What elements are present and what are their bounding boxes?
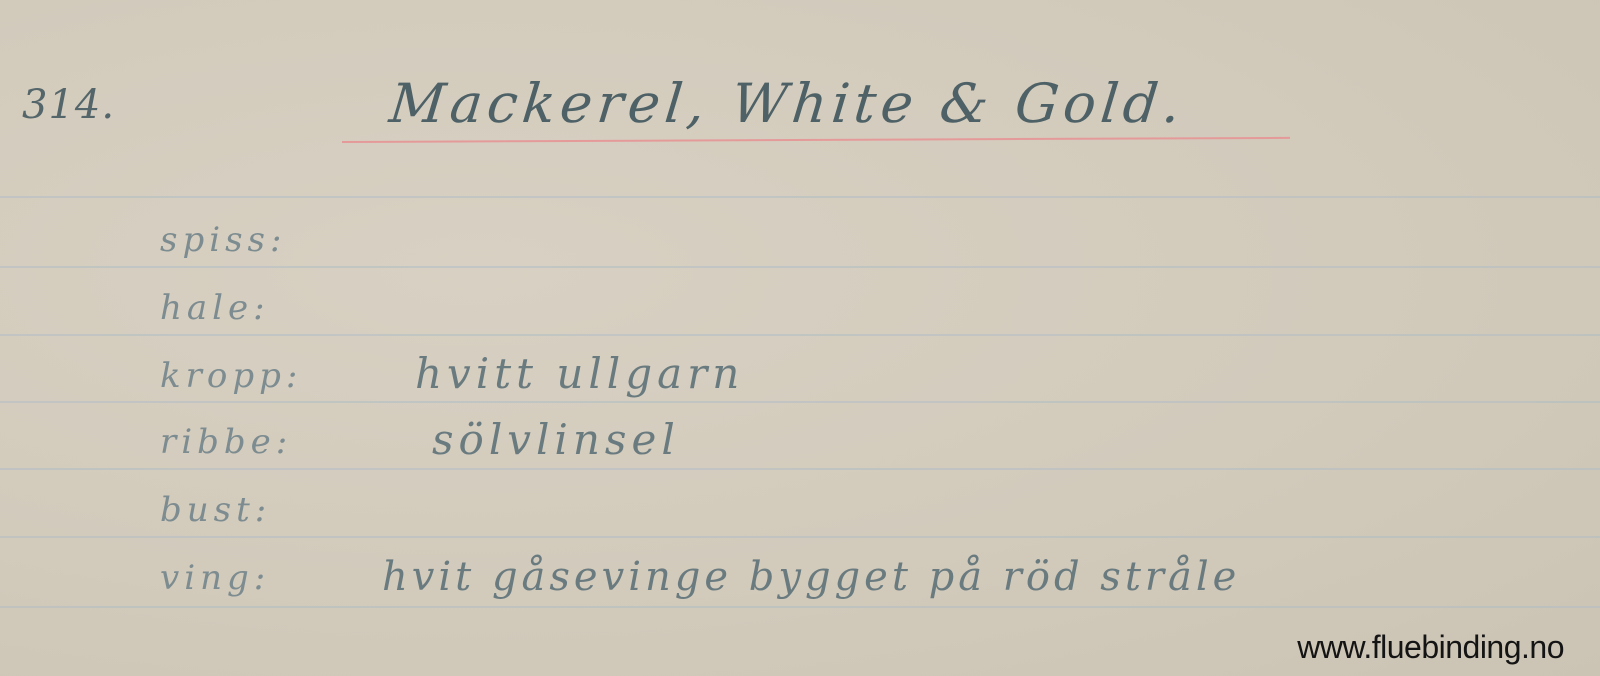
field-label: spiss:	[160, 220, 286, 260]
ruled-line	[0, 606, 1600, 608]
field-label: ribbe:	[160, 422, 292, 462]
entry-number: 314.	[22, 82, 115, 128]
field-value: hvitt ullgarn	[415, 349, 744, 398]
title-underline	[342, 137, 1290, 143]
field-label: ving:	[160, 558, 270, 598]
field-label: hale:	[160, 288, 270, 328]
field-ribbe: ribbe: sölvlinsel	[160, 408, 1600, 468]
field-kropp: kropp: hvitt ullgarn	[160, 342, 1600, 402]
field-label: bust:	[160, 490, 271, 530]
field-hale: hale:	[160, 274, 1600, 334]
field-value: hvit gåsevinge bygget på röd stråle	[382, 554, 1240, 600]
field-bust: bust:	[160, 476, 1600, 536]
ruled-line	[0, 468, 1600, 470]
fly-pattern-title: Mackerel, White & Gold.	[387, 72, 1189, 135]
ruled-line	[0, 536, 1600, 538]
ruled-line	[0, 196, 1600, 198]
website-watermark: www.fluebinding.no	[1297, 629, 1564, 666]
field-ving: ving: hvit gåsevinge bygget på röd strål…	[160, 544, 1600, 604]
field-spiss: spiss:	[160, 206, 1600, 266]
notebook-page: 314. Mackerel, White & Gold. spiss: hale…	[0, 0, 1600, 676]
ruled-line	[0, 334, 1600, 336]
field-value: sölvlinsel	[432, 415, 680, 464]
ruled-line	[0, 266, 1600, 268]
field-label: kropp:	[160, 356, 302, 396]
